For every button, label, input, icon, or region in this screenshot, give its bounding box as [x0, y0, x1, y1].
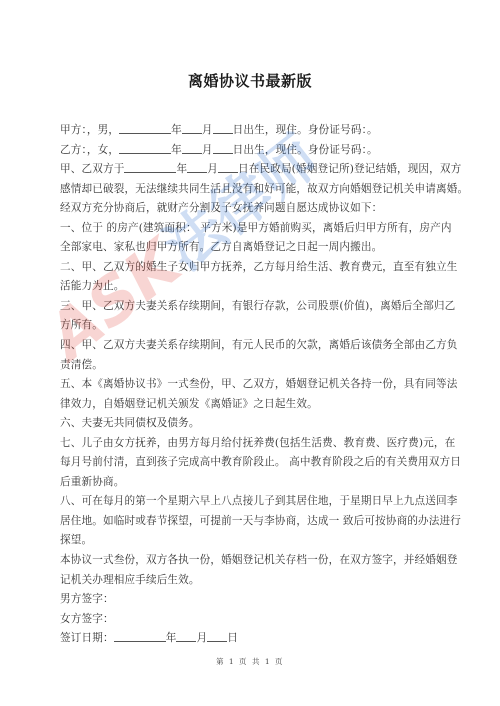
line-text: 全部家电、家私也归甲方所有。乙方自离婚登记之日起一周内搬出。 [60, 241, 382, 253]
line-text: 后重新协商。 [60, 476, 124, 488]
document-line: 男方签字： [60, 590, 452, 610]
line-text: 年 [166, 632, 177, 644]
document-line: 六、夫妻无共同债权及债务。 [60, 414, 452, 434]
document-body: 甲方：，男，年月日出生，现住。身份证号码：。乙方：，女，年月日出生，现住。身份证… [60, 121, 452, 649]
line-text: 律效力，自婚姻登记机关颁发《离婚证》之日起生效。 [60, 398, 318, 410]
document-line: 一、位于 的房产(建筑面积： 平方米)是甲方婚前购买，离婚后归甲方所有，房产内 [60, 219, 452, 239]
line-text: 年 [171, 124, 182, 136]
blank-underline [213, 122, 233, 134]
document-line: 方所有。 [60, 316, 452, 336]
document-line: 乙方：，女，年月日出生，现住。身份证号码：。 [60, 141, 452, 161]
line-text: 责清偿。 [60, 359, 103, 371]
document-line: 本协议一式叁份，双方各执一份，婚姻登记机关存档一份，在双方签字，并经婚姻登 [60, 551, 452, 571]
blank-underline [182, 122, 202, 134]
blank-underline [213, 142, 233, 154]
document-line: 甲方：，男，年月日出生，现住。身份证号码：。 [60, 121, 452, 141]
document-line: 八、可在每月的第一个星期六早上八点接儿子到其居住地，于星期日早上九点送回李 [60, 492, 452, 512]
line-text: 月 [202, 124, 213, 136]
line-text: 八、可在每月的第一个星期六早上八点接儿子到其居住地，于星期日早上九点送回李 [60, 495, 458, 507]
document-page: 离婚协议书最新版 甲方：，男，年月日出生，现住。身份证号码：。乙方：，女，年月日… [0, 0, 500, 706]
line-text: 二、甲、乙双方的婚生子女归甲方抚养，乙方每月给生活、教育费元，直至有独立生 [60, 261, 458, 273]
line-text: 感情却已破裂，无法继续共同生活且没有和好可能，故双方向婚姻登记机关申请离婚。 [60, 183, 468, 195]
document-line: 三、甲、乙双方夫妻关系存续期间，有银行存款，公司股票(价值)，离婚后全部归乙 [60, 297, 452, 317]
line-text: 签订日期： [60, 632, 114, 644]
line-text: 五、本《离婚协议书》一式叁份，甲、乙双方，婚姻登记机关各持一份，具有同等法 [60, 378, 458, 390]
line-text: 日出生，现住。身份证号码：。 [233, 144, 378, 156]
document-line: 四、甲、乙双方夫妻关系存续期间，有元人民币的欠款，离婚后该债务全部由乙方负 [60, 336, 452, 356]
line-text: 四、甲、乙双方夫妻关系存续期间，有元人民币的欠款，离婚后该债务全部由乙方负 [60, 339, 458, 351]
line-text: 日出生，现住。身份证号码：。 [233, 124, 378, 136]
line-text: 每月号前付清，直到孩子完成高中教育阶段止。 高中教育阶段之后的有关费用双方日 [60, 456, 461, 468]
blank-underline [114, 630, 166, 642]
blank-underline [182, 142, 202, 154]
line-text: 居住地。如临时或春节探望，可提前一天与李协商，达成一 致后可按协商的办法进行 [60, 515, 461, 527]
document-line: 经双方充分协商后，就财产分割及子女抚养问题自愿达成协议如下： [60, 199, 452, 219]
line-text: 甲、乙双方于 [60, 163, 124, 175]
line-text: 甲方：，男， [60, 124, 119, 136]
document-line: 七、儿子由女方抚养，由男方每月给付抚养费(包括生活费、教育费、医疗费)元，在 [60, 434, 452, 454]
document-line: 责清偿。 [60, 356, 452, 376]
line-text: 活能力为止。 [60, 280, 124, 292]
document-line: 甲、乙双方于年月日在民政局(婚姻登记所)登记结婚，现因，双方 [60, 160, 452, 180]
line-text: 年 [176, 163, 187, 175]
line-text: 经双方充分协商后，就财产分割及子女抚养问题自愿达成协议如下： [60, 202, 382, 214]
document-line: 女方签字： [60, 610, 452, 630]
line-text: 七、儿子由女方抚养，由男方每月给付抚养费(包括生活费、教育费、医疗费)元，在 [60, 437, 455, 449]
document-line: 感情却已破裂，无法继续共同生活且没有和好可能，故双方向婚姻登记机关申请离婚。 [60, 180, 452, 200]
document-line: 签订日期：年月日 [60, 629, 452, 649]
blank-underline [218, 161, 238, 173]
line-text: 三、甲、乙双方夫妻关系存续期间，有银行存款，公司股票(价值)，离婚后全部归乙 [60, 300, 455, 312]
document-line: 二、甲、乙双方的婚生子女归甲方抚养，乙方每月给生活、教育费元，直至有独立生 [60, 258, 452, 278]
page-footer: 第 1 页 共 1 页 [0, 656, 500, 667]
line-text: 六、夫妻无共同债权及债务。 [60, 417, 200, 429]
document-line: 全部家电、家私也归甲方所有。乙方自离婚登记之日起一周内搬出。 [60, 238, 452, 258]
blank-underline [119, 122, 171, 134]
line-text: 本协议一式叁份，双方各执一份，婚姻登记机关存档一份，在双方签字，并经婚姻登 [60, 554, 458, 566]
document-line: 后重新协商。 [60, 473, 452, 493]
line-text: 女方签字： [60, 613, 114, 625]
line-text: 探望。 [60, 534, 92, 546]
blank-underline [187, 161, 207, 173]
line-text: 一、位于 的房产(建筑面积： 平方米)是甲方婚前购买，离婚后归甲方所有，房产内 [60, 222, 452, 234]
document-line: 探望。 [60, 531, 452, 551]
line-text: 日在民政局(婚姻登记所)登记结婚，现因，双方 [238, 163, 461, 175]
blank-underline [207, 630, 227, 642]
document-line: 活能力为止。 [60, 277, 452, 297]
document-line: 五、本《离婚协议书》一式叁份，甲、乙双方，婚姻登记机关各持一份，具有同等法 [60, 375, 452, 395]
document-line: 记机关办理相应手续后生效。 [60, 571, 452, 591]
blank-underline [124, 161, 176, 173]
line-text: 年 [171, 144, 182, 156]
blank-underline [176, 630, 196, 642]
line-text: 男方签字： [60, 593, 114, 605]
line-text: 乙方：，女， [60, 144, 119, 156]
document-title: 离婚协议书最新版 [0, 70, 500, 91]
line-text: 记机关办理相应手续后生效。 [60, 574, 200, 586]
blank-underline [119, 142, 171, 154]
document-line: 律效力，自婚姻登记机关颁发《离婚证》之日起生效。 [60, 395, 452, 415]
document-line: 每月号前付清，直到孩子完成高中教育阶段止。 高中教育阶段之后的有关费用双方日 [60, 453, 452, 473]
line-text: 月 [196, 632, 207, 644]
line-text: 日 [227, 632, 238, 644]
line-text: 月 [207, 163, 218, 175]
document-line: 居住地。如临时或春节探望，可提前一天与李协商，达成一 致后可按协商的办法进行 [60, 512, 452, 532]
line-text: 方所有。 [60, 319, 103, 331]
line-text: 月 [202, 144, 213, 156]
